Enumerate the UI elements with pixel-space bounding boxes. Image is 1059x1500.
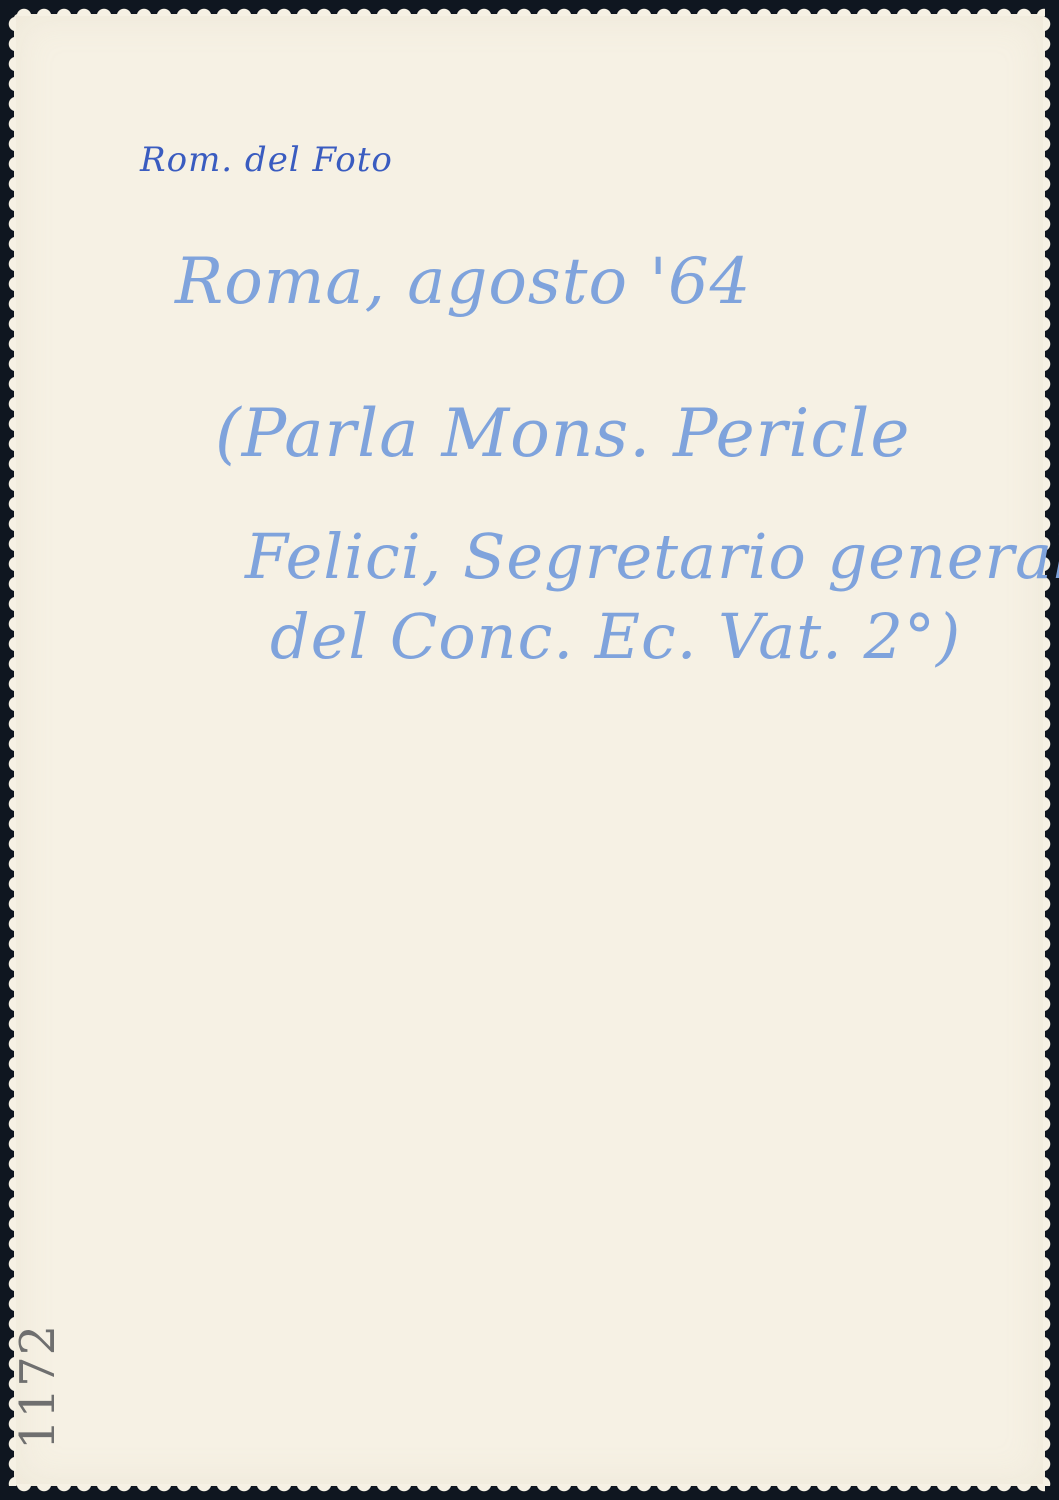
- archive-note: Rom. del Foto: [140, 140, 393, 180]
- caption-line-1: (Parla Mons. Pericle: [215, 395, 910, 472]
- caption-line-2: Felici, Segretario generale: [245, 520, 1059, 593]
- archive-number: 1172: [10, 1324, 66, 1450]
- caption-line-3: del Conc. Ec. Vat. 2°): [270, 600, 961, 673]
- place-date: Roma, agosto '64: [175, 245, 751, 319]
- photo-card-back: [14, 14, 1045, 1486]
